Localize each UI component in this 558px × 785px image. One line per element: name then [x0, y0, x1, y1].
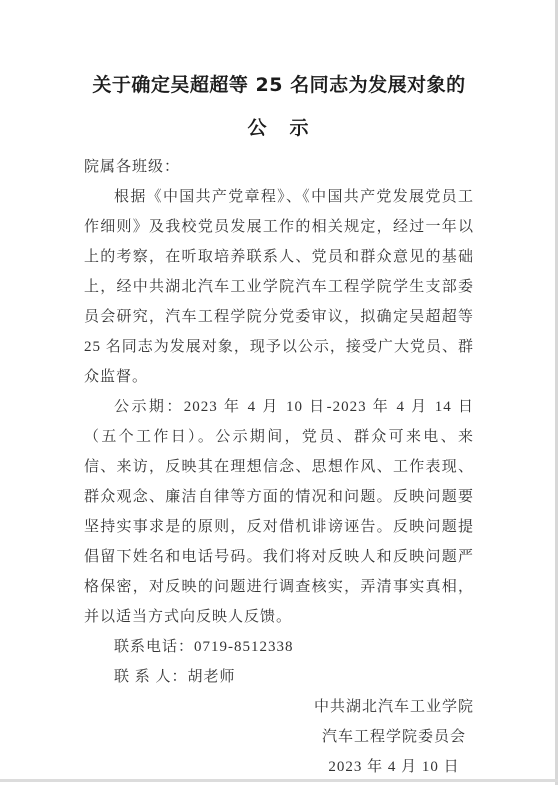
signature-date: 2023 年 4 月 10 日	[308, 752, 480, 782]
contact-phone-line: 联系电话：0719-8512338	[84, 632, 474, 662]
salutation: 院属各班级：	[84, 152, 474, 182]
contact-person-line: 联 系 人：胡老师	[84, 662, 474, 692]
signature-org-line2: 汽车工程学院委员会	[308, 722, 480, 752]
document-page: 关于确定吴超超等 25 名同志为发展对象的 公 示 院属各班级： 根据《中国共产…	[0, 0, 558, 785]
notice-title-line1: 关于确定吴超超等 25 名同志为发展对象的	[0, 64, 558, 106]
notice-title-line2: 公 示	[0, 106, 558, 150]
paragraph-basis: 根据《中国共产党章程》、《中国共产党发展党员工作细则》及我校党员发展工作的相关规…	[84, 182, 474, 392]
signature-org-line1: 中共湖北汽车工业学院	[308, 692, 480, 722]
paragraph-publicity-period: 公示期：2023 年 4 月 10 日-2023 年 4 月 14 日（五个工作…	[84, 392, 474, 632]
notice-body: 院属各班级： 根据《中国共产党章程》、《中国共产党发展党员工作细则》及我校党员发…	[84, 152, 474, 782]
notice-title: 关于确定吴超超等 25 名同志为发展对象的 公 示	[0, 0, 558, 150]
signature-block: 中共湖北汽车工业学院 汽车工程学院委员会 2023 年 4 月 10 日	[308, 692, 480, 782]
page-bottom-edge	[0, 779, 558, 782]
